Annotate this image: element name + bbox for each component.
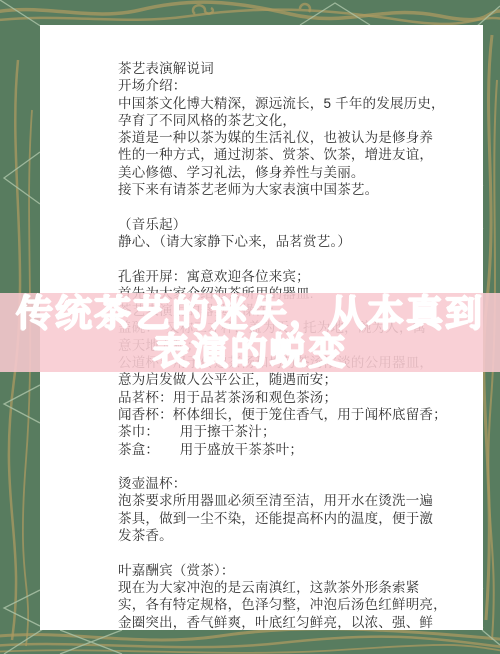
gold-wave-left-2 xyxy=(23,110,32,646)
document-line: 孕育了不同风格的茶艺文化， xyxy=(118,112,458,129)
document-line: 美心修德、学习礼法，修身养性与美丽。 xyxy=(118,164,458,181)
document-line: 茶巾： 用于擦干茶汁； xyxy=(118,423,458,440)
document-line xyxy=(118,544,458,561)
document-line: 金圈突出，香气鲜爽，叶底红匀鲜亮，以浓、强、鲜 xyxy=(118,614,458,631)
document-line: 茶道是一种以茶为媒的生活礼仪，也被认为是修身养 xyxy=(118,129,458,146)
headline-line2: 表演的蜕变 xyxy=(153,331,348,372)
document-line: 开场介绍： xyxy=(118,77,458,94)
document-line xyxy=(118,198,458,215)
document-line: 茶艺表演解说词 xyxy=(118,60,458,77)
document-line: 现在为大家冲泡的是云南滇红，这款茶外形条索紧 xyxy=(118,579,458,596)
document-line xyxy=(118,250,458,267)
gold-scroll-curl-1 xyxy=(193,5,213,14)
gold-wave-bottom-2 xyxy=(0,637,500,648)
document-line: （音乐起） xyxy=(118,216,458,233)
document-line: 发茶香。 xyxy=(118,527,458,544)
document-line: 性的一种方式，通过沏茶、赏茶、饮茶，增进友谊， xyxy=(118,146,458,163)
document-line: 叶嘉酬宾（赏茶）： xyxy=(118,562,458,579)
document-line: 孔雀开屏：寓意欢迎各位来宾； xyxy=(118,268,458,285)
lattice-chevron-left-3 xyxy=(4,590,40,626)
document-line: 闻香杯：杯体细长，便于笼住香气，用于闻杯底留香； xyxy=(118,406,458,423)
document-line: 静心、（请大家静下心来，品茗赏艺。） xyxy=(118,233,458,250)
lattice-chevron-left-1 xyxy=(4,152,40,204)
document-line: 品茗杯：用于品茗茶汤和观色茶汤； xyxy=(118,389,458,406)
document-line: 接下来有请茶艺老师为大家表演中国茶艺。 xyxy=(118,181,458,198)
lattice-miter-top-left xyxy=(0,0,42,27)
document-line: 泡茶要求所用器皿必须至清至洁，用开水在烫洗一遍 xyxy=(118,492,458,509)
headline-overlay-band: 传统茶艺的迷失，从本真到 表演的蜕变 xyxy=(0,293,500,372)
document-line xyxy=(118,458,458,475)
document-line: 实，各有特定规格，色泽匀整，冲泡后汤色红鲜明亮， xyxy=(118,596,458,613)
document-line: 茶具，做到一尘不染，还能提高杯内的温度，便于激 xyxy=(118,510,458,527)
headline-line1: 传统茶艺的迷失，从本真到 xyxy=(16,293,484,334)
decorative-border-frame: 茶艺表演解说词开场介绍：中国茶文化博大精深，源远流长，5 千年的发展历史，孕育了… xyxy=(0,0,500,654)
document-line: 中国茶文化博大精深，源远流长，5 千年的发展历史， xyxy=(118,95,458,112)
document-line: 茶盒： 用于盛放干茶茶叶； xyxy=(118,441,458,458)
document-line: 烫壶温杯： xyxy=(118,475,458,492)
document-line: 意为启发做人公平公正，随遇而安； xyxy=(118,371,458,388)
headline-text: 传统茶艺的迷失，从本真到 表演的蜕变 xyxy=(16,295,484,371)
